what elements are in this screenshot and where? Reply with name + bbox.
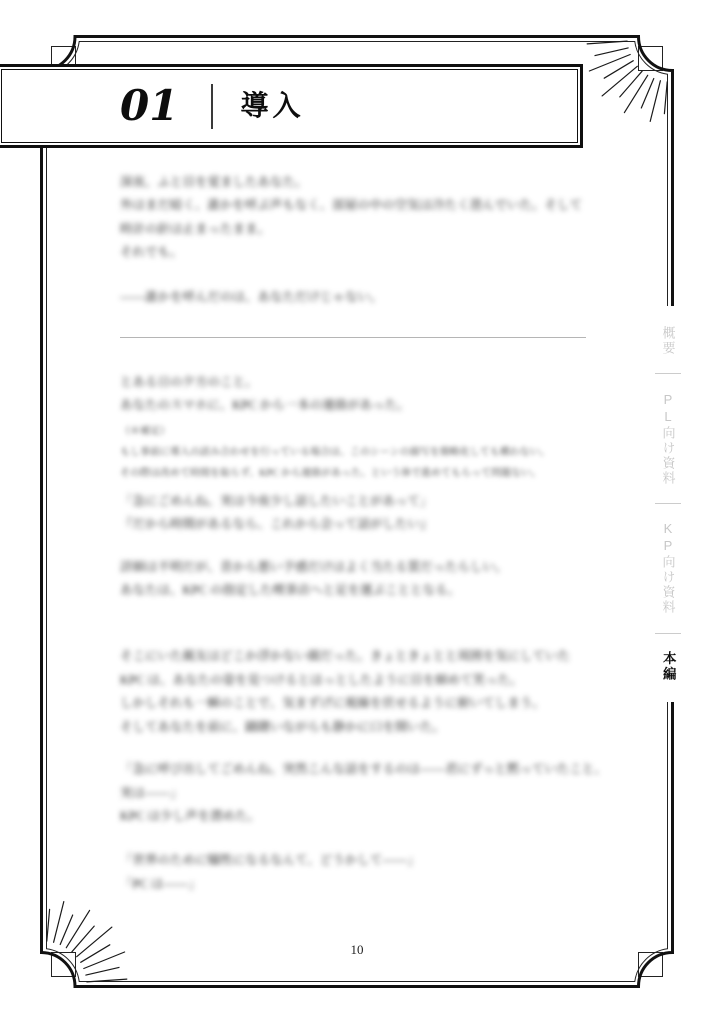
text-line: 「急に呼び出してごめんね。突然こんな話をするのは——君にずっと黙っていたこと、 bbox=[120, 758, 602, 781]
banner-divider bbox=[211, 84, 213, 129]
text-line: 実は——」 bbox=[120, 782, 602, 805]
blurred-paragraph: 深夜、ふと目を覚ましたあなた。外はまだ暗く、誰かを呼ぶ声もなく、部屋の中の空気は… bbox=[120, 171, 602, 265]
blurred-paragraph: 「急にごめんね。実は今夜少し話したいことがあって」『だから時間があるなら、これか… bbox=[120, 490, 602, 537]
text-line: とある日の夕方のこと。 bbox=[120, 371, 602, 394]
chapter-tab-rail: 概要PL向け資料KP向け資料本編 bbox=[650, 326, 686, 682]
chapter-title: 導入 bbox=[240, 92, 304, 120]
text-line: あなたは、KPC の指定した喫茶店へと足を運ぶこととなる。 bbox=[120, 579, 602, 602]
document-page: 01 導入 概要PL向け資料KP向け資料本編 深夜、ふと目を覚ましたあなた。外は… bbox=[0, 0, 722, 1024]
section-divider bbox=[120, 337, 586, 338]
text-line: 「急にごめんね。実は今夜少し話したいことがあって」 bbox=[120, 490, 602, 513]
text-line: KPC は少し声を潜めた。 bbox=[120, 805, 602, 828]
text-line: 外はまだ暗く、誰かを呼ぶ声もなく、部屋の中の空気は冷たく澄んでいた。そして bbox=[120, 194, 602, 217]
text-line: 詳細は不明だが、昔から悪い予感だけはよく当たる質だったらしい。 bbox=[120, 556, 602, 579]
blurred-paragraph: ——誰かを呼んだのは、あなただけじゃない。 bbox=[120, 286, 602, 309]
page-number: 10 bbox=[0, 942, 714, 958]
body-text: 深夜、ふと目を覚ましたあなた。外はまだ暗く、誰かを呼ぶ声もなく、部屋の中の空気は… bbox=[120, 171, 602, 896]
tab-divider bbox=[655, 373, 681, 374]
tab-divider bbox=[655, 503, 681, 504]
text-line: あなたのスマホに、KPC から一本の連絡があった。 bbox=[120, 394, 602, 417]
text-line: ——誰かを呼んだのは、あなただけじゃない。 bbox=[120, 286, 602, 309]
blurred-paragraph: 「世界のために犠牲になるなんて、どうかして——」「PC は——」 bbox=[120, 849, 602, 896]
text-line: しかしそれも一瞬のことで、気まずげに視線を伏せるように俯いてしまう。 bbox=[120, 692, 602, 715]
blurred-paragraph: とある日の夕方のこと。あなたのスマホに、KPC から一本の連絡があった。 bbox=[120, 371, 602, 418]
tab-4[interactable]: 本編 bbox=[661, 651, 675, 682]
blurred-paragraph: そこにいた親友はどこか浮かない顔だった。きょときょとと周囲を気にしていたKPC … bbox=[120, 645, 602, 739]
text-line: 「PC は——」 bbox=[120, 873, 602, 896]
text-line: 「世界のために犠牲になるなんて、どうかして——」 bbox=[120, 849, 602, 872]
text-line: その際は改めて時間を取らず、KPC から連絡があった、という体で進めてもらって問… bbox=[120, 463, 602, 484]
sunburst-top-right-icon bbox=[587, 41, 667, 121]
text-line: KPC は、あなたの姿を見つけるとほっとしたように目を細めて笑った。 bbox=[120, 669, 602, 692]
text-line: （※補足） bbox=[120, 421, 602, 442]
blurred-note-paragraph: （※補足）もし事前に導入の読み合わせを行っている場合は、このシーンの描写を簡略化… bbox=[120, 421, 602, 484]
text-line: そしてあなたを前に、躊躇いながらも静かに口を開いた。 bbox=[120, 716, 602, 739]
text-line: 『だから時間があるなら、これから会って話がしたい』 bbox=[120, 513, 602, 536]
tab-divider bbox=[655, 633, 681, 634]
text-line: それでも。 bbox=[120, 241, 602, 264]
tab-2[interactable]: PL向け資料 bbox=[662, 392, 675, 486]
text-line: もし事前に導入の読み合わせを行っている場合は、このシーンの描写を簡略化しても構わ… bbox=[120, 442, 602, 463]
tab-3[interactable]: KP向け資料 bbox=[662, 521, 675, 615]
blurred-paragraph: 詳細は不明だが、昔から悪い予感だけはよく当たる質だったらしい。あなたは、KPC … bbox=[120, 556, 602, 603]
text-line: 時計の針は止まったまま。 bbox=[120, 218, 602, 241]
text-line: そこにいた親友はどこか浮かない顔だった。きょときょとと周囲を気にしていた bbox=[120, 645, 602, 668]
chapter-number: 01 bbox=[120, 85, 178, 127]
text-line: 深夜、ふと目を覚ましたあなた。 bbox=[120, 171, 602, 194]
chapter-banner: 01 導入 bbox=[0, 64, 583, 148]
tab-1[interactable]: 概要 bbox=[662, 326, 675, 356]
blurred-paragraph: 「急に呼び出してごめんね。突然こんな話をするのは——君にずっと黙っていたこと、実… bbox=[120, 758, 602, 828]
